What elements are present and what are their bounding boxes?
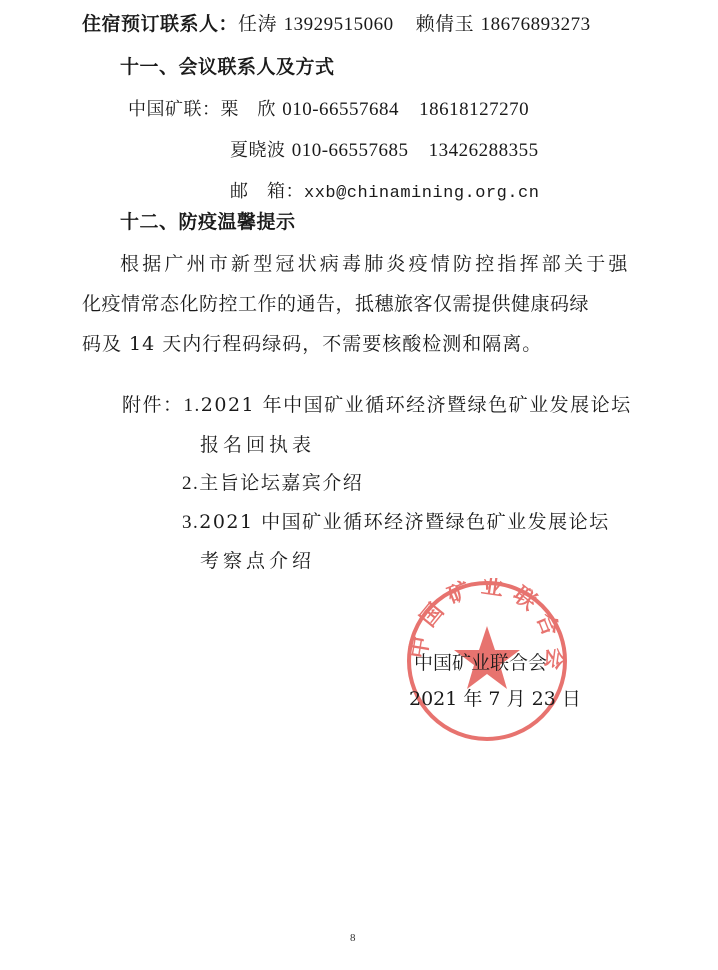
contact-row-1: 中国矿联：栗 欣 010-6655768418618127270 [128, 98, 529, 122]
attachment-3: 3.2021 中国矿业循环经济暨绿色矿业发展论坛 [182, 510, 610, 535]
attachment-3-number: 3. [182, 512, 199, 533]
contact-tel-1: 010-66557684 [282, 99, 399, 120]
email-address: xxb@chinamining.org.cn [304, 184, 539, 203]
attachment-1-cont: 报名回执表 [200, 433, 315, 457]
section-11-heading: 十一、会议联系人及方式 [120, 55, 335, 79]
lodging-contact-label: 住宿预订联系人： [82, 13, 238, 35]
contact-name-2: 夏晓波 [230, 140, 286, 161]
attachment-2-line-1: 主旨论坛嘉宾介绍 [199, 472, 363, 494]
email-row: 邮 箱：xxb@chinamining.org.cn [230, 180, 539, 206]
contact-name-1: 栗 欣 [221, 99, 277, 120]
signature-date: 2021 年 7 月 23 日 [409, 687, 581, 711]
attachment-3-line-1: 2021 中国矿业循环经济暨绿色矿业发展论坛 [199, 511, 609, 533]
contact-tel-2: 010-66557685 [292, 140, 409, 161]
contact-mobile-2: 13426288355 [429, 140, 539, 161]
org-label: 中国矿联： [128, 99, 221, 120]
lodging-contact-line: 住宿预订联系人：任涛 13929515060赖倩玉 18676893273 [82, 12, 591, 37]
attachment-3-cont: 考察点介绍 [200, 549, 315, 573]
contact-mobile-1: 18618127270 [419, 99, 529, 120]
lodging-contact-phone-2: 18676893273 [481, 14, 591, 35]
lodging-contact-phone-1: 13929515060 [284, 14, 394, 35]
attachment-1-number: 1. [184, 395, 201, 416]
signature-organization: 中国矿业联合会 [414, 651, 547, 675]
attachment-1: 附件：1.2021 年中国矿业循环经济暨绿色矿业发展论坛 [122, 393, 632, 418]
page-number: 8 [350, 932, 356, 944]
email-label: 邮 箱： [230, 181, 304, 202]
attachment-2: 2.主旨论坛嘉宾介绍 [182, 471, 363, 496]
lodging-contact-name-2: 赖倩玉 [416, 13, 475, 35]
attachment-2-number: 2. [182, 473, 199, 494]
paragraph-line-1: 根据广州市新型冠状病毒肺炎疫情防控指挥部关于强 [120, 252, 631, 276]
paragraph-line-2: 化疫情常态化防控工作的通告，抵穗旅客仅需提供健康码绿 [82, 292, 589, 316]
lodging-contact-name-1: 任涛 [238, 13, 277, 35]
paragraph-line-3: 码及 14 天内行程码绿码，不需要核酸检测和隔离。 [82, 332, 542, 356]
contact-row-2: 夏晓波 010-6655768513426288355 [230, 139, 539, 163]
attachments-label: 附件： [122, 394, 184, 416]
section-12-heading: 十二、防疫温馨提示 [120, 210, 296, 234]
attachment-1-line-1: 2021 年中国矿业循环经济暨绿色矿业发展论坛 [201, 394, 632, 416]
